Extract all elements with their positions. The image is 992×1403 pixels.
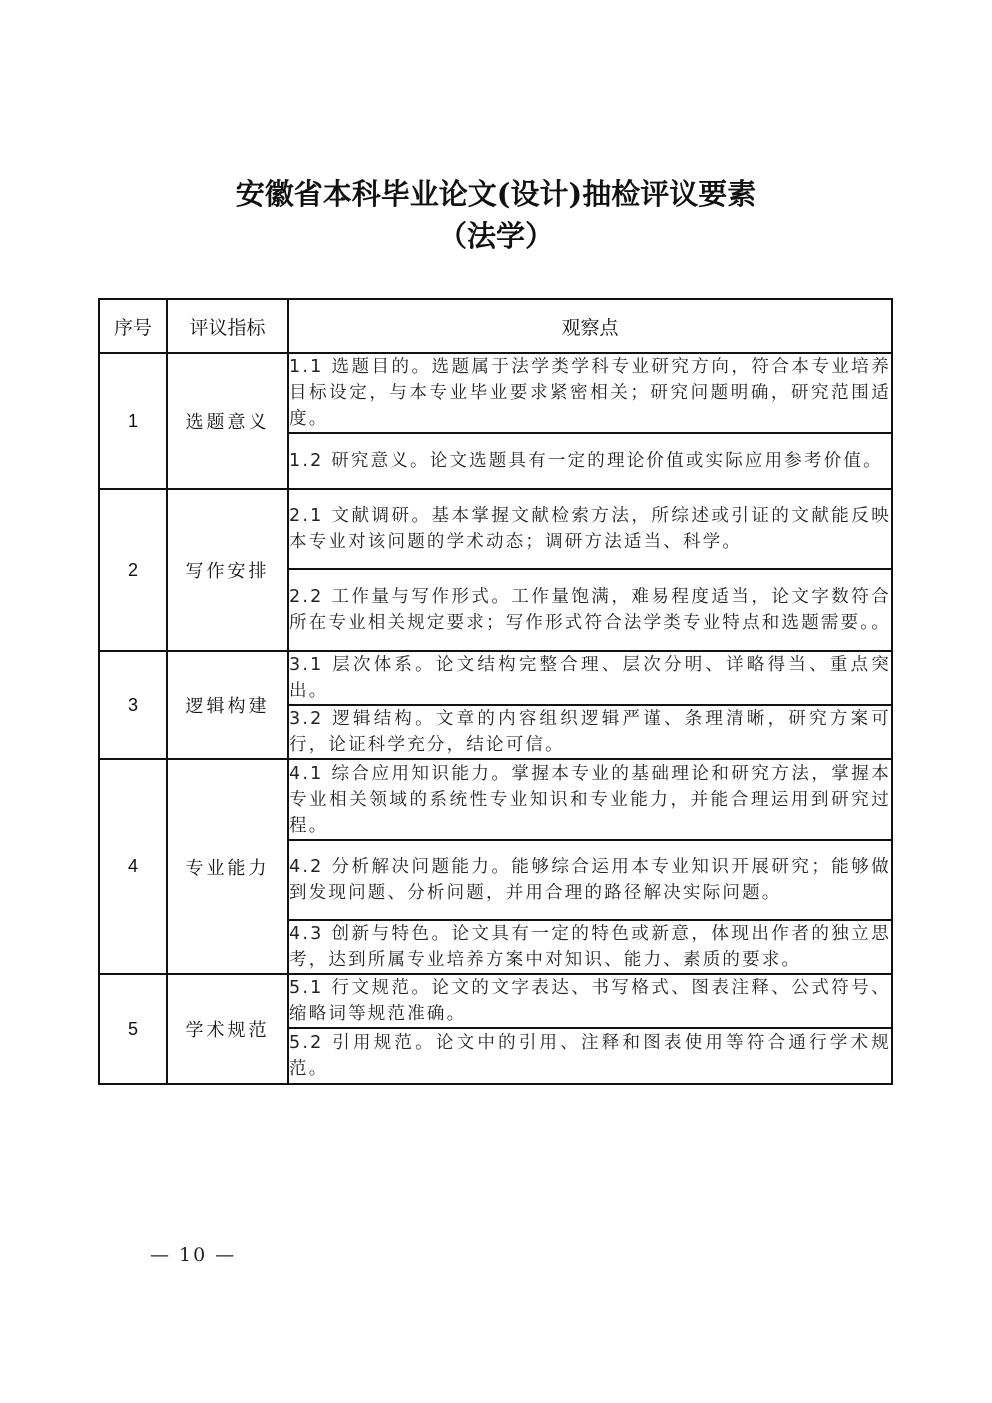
- row-indicator: 专业能力: [167, 759, 288, 974]
- observation-point: 3.2 逻辑结构。文章的内容组织逻辑严谨、条理清晰，研究方案可行，论证科学充分，…: [288, 705, 892, 759]
- row-number: 4: [99, 759, 167, 974]
- observation-point: 4.3 创新与特色。论文具有一定的特色或新意，体现出作者的独立思考，达到所属专业…: [288, 920, 892, 974]
- observation-point: 2.2 工作量与写作形式。工作量饱满，难易程度适当，论文字数符合所在专业相关规定…: [288, 569, 892, 651]
- row-number: 1: [99, 353, 167, 489]
- page-number: — 10 —: [150, 1244, 236, 1266]
- header-observation-points: 观察点: [288, 299, 892, 353]
- header-serial-number: 序号: [99, 299, 167, 353]
- observation-point: 4.1 综合应用知识能力。掌握本专业的基础理论和研究方法，掌握本专业相关领域的系…: [288, 759, 892, 840]
- document-title: 安徽省本科毕业论文(设计)抽检评议要素: [0, 172, 992, 213]
- table-row: 4 专业能力 4.1 综合应用知识能力。掌握本专业的基础理论和研究方法，掌握本专…: [99, 759, 892, 840]
- row-indicator: 学术规范: [167, 974, 288, 1084]
- observation-point: 2.1 文献调研。基本掌握文献检索方法，所综述或引证的文献能反映本专业对该问题的…: [288, 489, 892, 569]
- observation-point: 5.1 行文规范。论文的文字表达、书写格式、图表注释、公式符号、缩略词等规范准确…: [288, 974, 892, 1028]
- evaluation-table: 序号 评议指标 观察点 1 选题意义 1.1 选题目的。选题属于法学类学科专业研…: [98, 298, 893, 1085]
- table-row: 3 逻辑构建 3.1 层次体系。论文结构完整合理、层次分明、详略得当、重点突出。: [99, 651, 892, 705]
- header-indicator: 评议指标: [167, 299, 288, 353]
- row-indicator: 写作安排: [167, 489, 288, 651]
- observation-point: 5.2 引用规范。论文中的引用、注释和图表使用等符合通行学术规范。: [288, 1028, 892, 1084]
- table-row: 1 选题意义 1.1 选题目的。选题属于法学类学科专业研究方向，符合本专业培养目…: [99, 353, 892, 433]
- observation-point: 4.2 分析解决问题能力。能够综合运用本专业知识开展研究；能够做到发现问题、分析…: [288, 840, 892, 920]
- observation-point: 1.1 选题目的。选题属于法学类学科专业研究方向，符合本专业培养目标设定，与本专…: [288, 353, 892, 433]
- observation-point: 1.2 研究意义。论文选题具有一定的理论价值或实际应用参考价值。: [288, 433, 892, 489]
- table-row: 2 写作安排 2.1 文献调研。基本掌握文献检索方法，所综述或引证的文献能反映本…: [99, 489, 892, 569]
- table-row: 5 学术规范 5.1 行文规范。论文的文字表达、书写格式、图表注释、公式符号、缩…: [99, 974, 892, 1028]
- observation-point: 3.1 层次体系。论文结构完整合理、层次分明、详略得当、重点突出。: [288, 651, 892, 705]
- row-number: 5: [99, 974, 167, 1084]
- row-indicator: 选题意义: [167, 353, 288, 489]
- document-subtitle: （法学）: [0, 214, 992, 255]
- table-header-row: 序号 评议指标 观察点: [99, 299, 892, 353]
- row-indicator: 逻辑构建: [167, 651, 288, 759]
- row-number: 2: [99, 489, 167, 651]
- row-number: 3: [99, 651, 167, 759]
